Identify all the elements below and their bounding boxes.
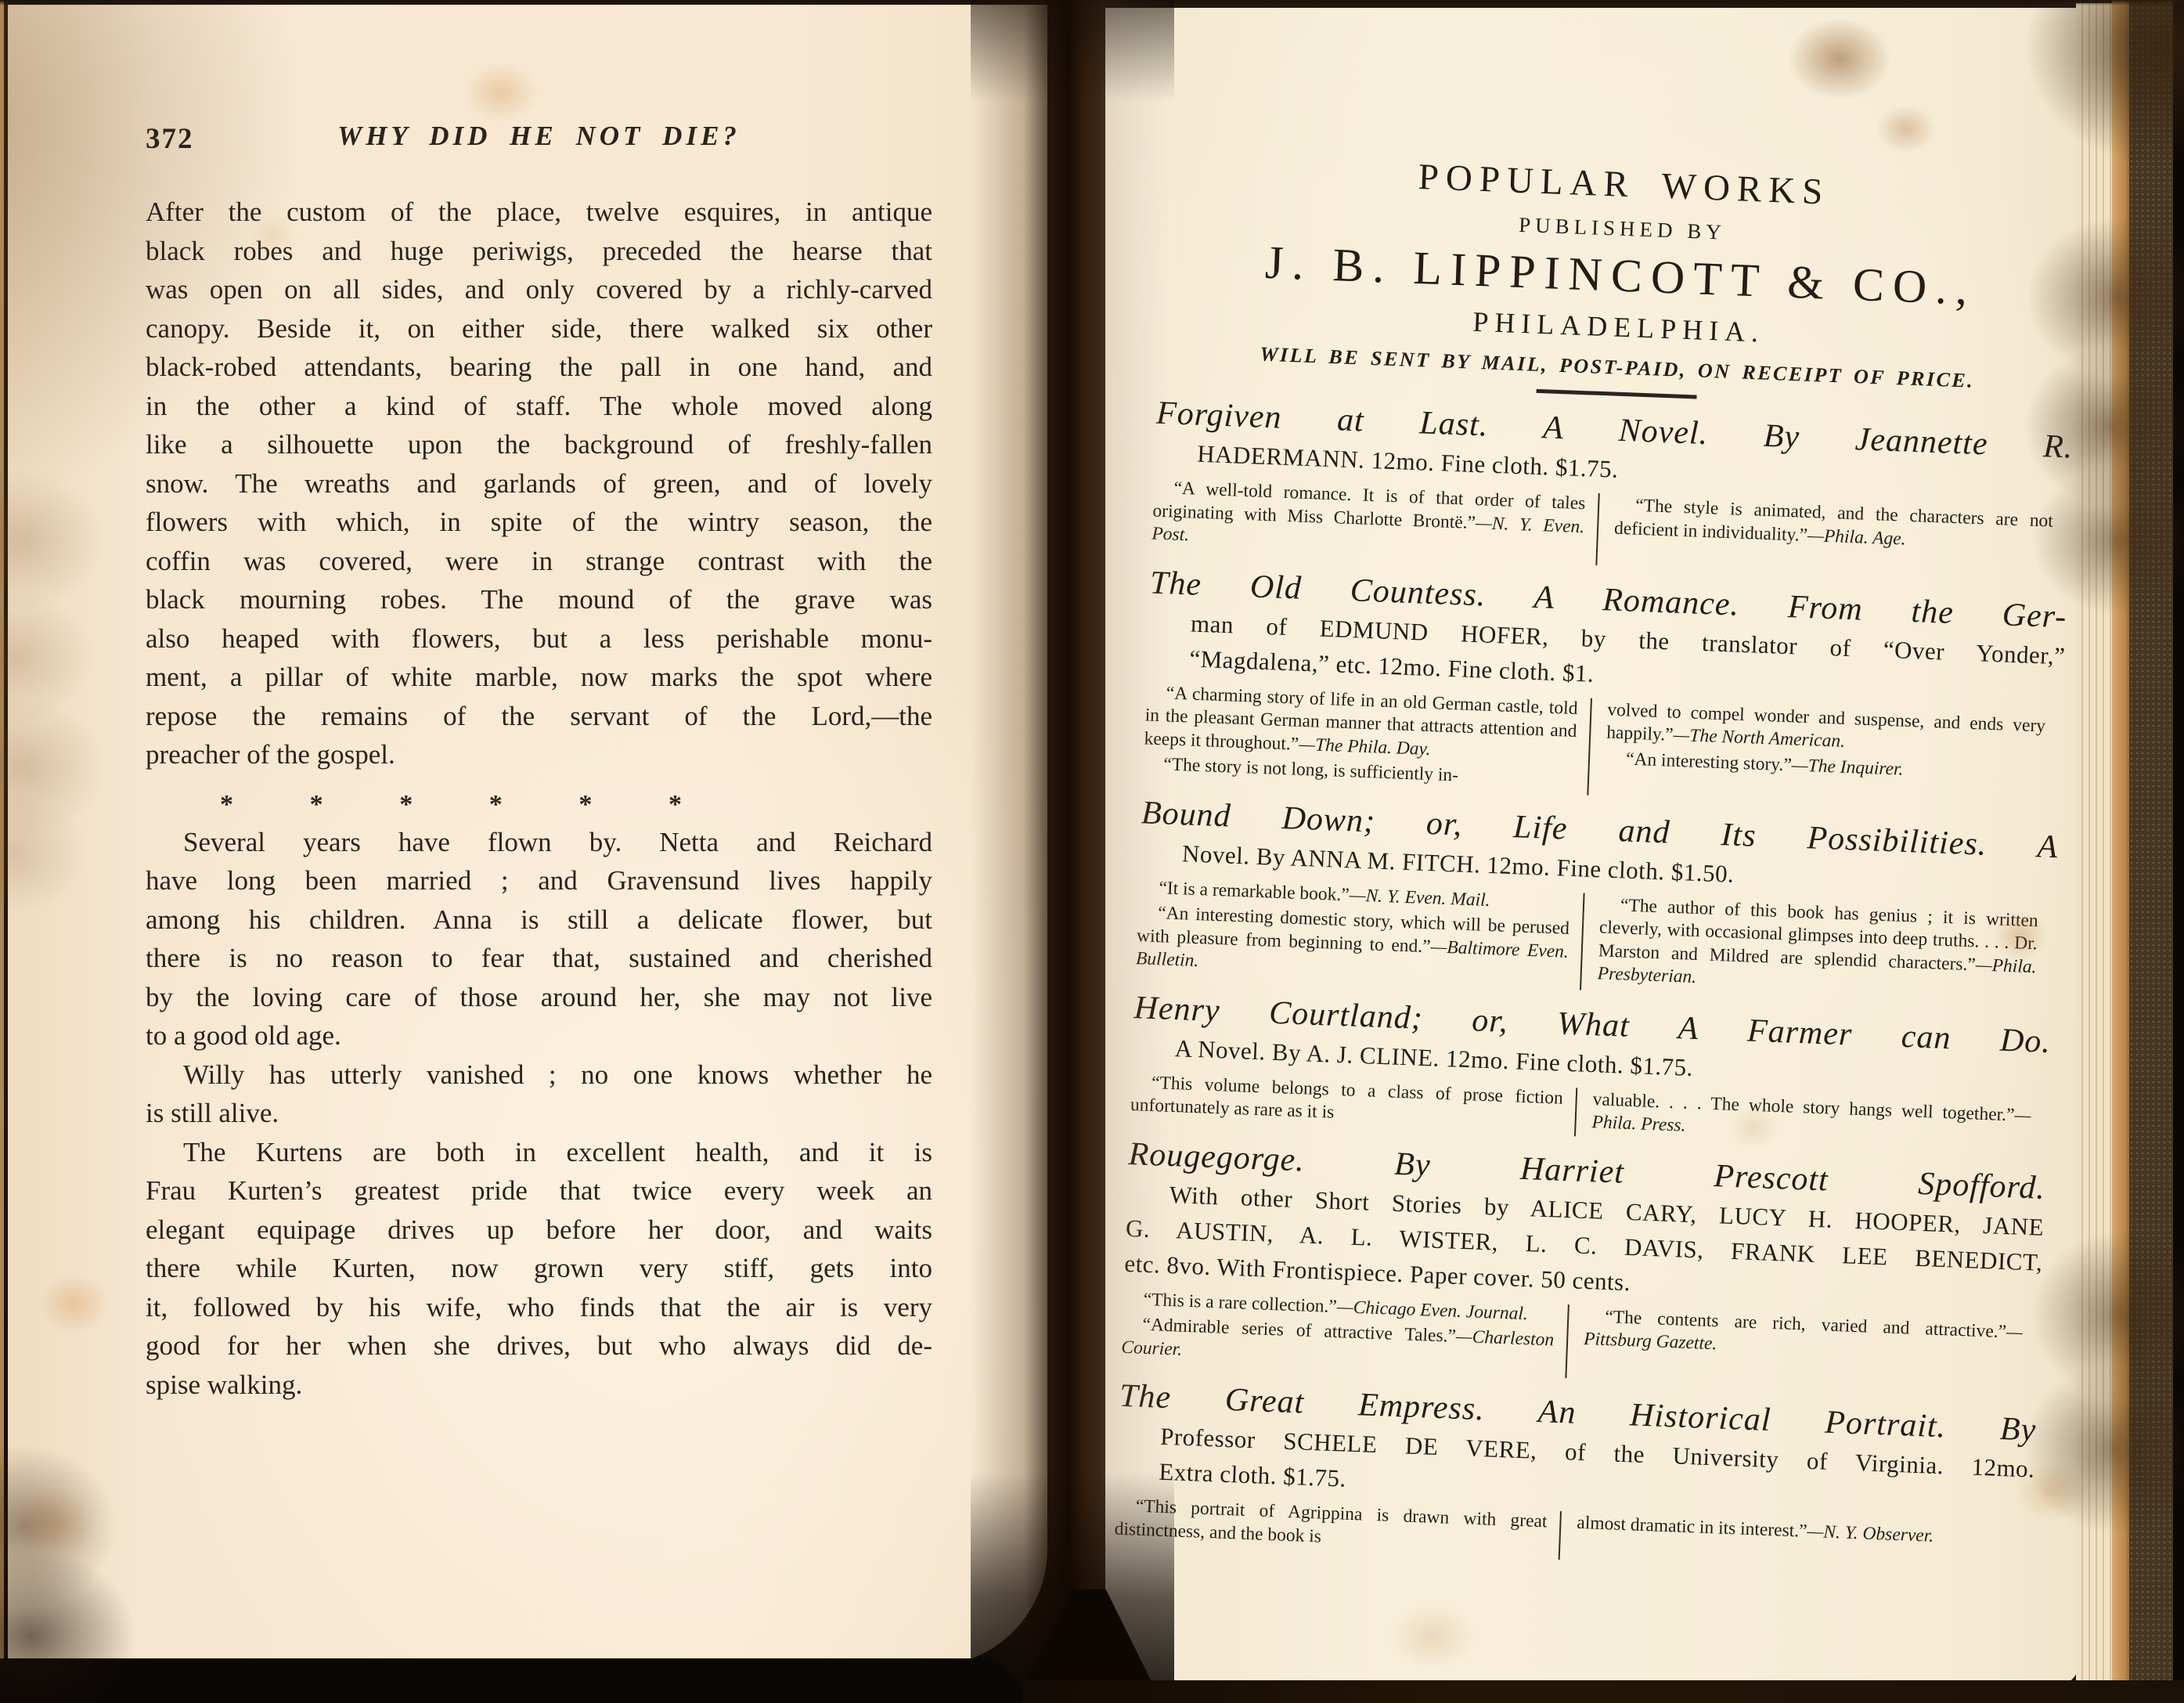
catalog-entries: Forgiven at Last. A Novel. By Jeannette …: [1114, 392, 2074, 1578]
quote-column-right: almost dramatic in its interest.”—N. Y. …: [1559, 1511, 2016, 1577]
quote-column-right: “The style is animated, and the characte…: [1595, 493, 2053, 582]
body-line: like a silhouette upon the background of…: [146, 425, 932, 464]
quote-source: —The Inquirer.: [1791, 755, 1904, 779]
quote-source: —The North American.: [1673, 725, 1845, 752]
body-line: repose the remains of the servant of the…: [146, 697, 932, 736]
review-quote: “A well-told romance. It is of that orde…: [1151, 477, 1586, 562]
quote-source: —N. Y. Even. Post.: [1151, 513, 1585, 546]
review-quote: “A charming story of life in an old Germ…: [1144, 681, 1578, 767]
body-line: The Kurtens are both in excellent health…: [146, 1133, 932, 1172]
body-line: black mourning robes. The mound of the g…: [146, 580, 932, 619]
body-line: there while Kurten, now grown very stiff…: [146, 1249, 932, 1288]
review-quote: “This volume belongs to a class of prose…: [1130, 1071, 1563, 1134]
body-line: to a good old age.: [146, 1016, 932, 1055]
asterisk: *: [220, 790, 233, 820]
quote-source: —Charleston Courier.: [1121, 1326, 1555, 1359]
catalog-entry: Rougegorge. By Harriet Prescott Spofford…: [1121, 1132, 2046, 1395]
asterisk: *: [669, 790, 682, 820]
body-line: spise walking.: [146, 1366, 932, 1405]
gutter-end-shadows: [971, 0, 1174, 1703]
catalog-entry: Bound Down; or, Life and Its Possibiliti…: [1135, 792, 2059, 1008]
quote-column-right: “The contents are rich, varied and attra…: [1565, 1304, 2023, 1395]
right-page: POPULAR WORKS PUBLISHED BY J. B. LIPPINC…: [1105, 8, 2078, 1685]
body-line: in the other a kind of staff. The whole …: [146, 387, 932, 426]
review-quote: “The author of this book has genius ; it…: [1597, 893, 2038, 1002]
quote-source: —Pittsburg Gazette.: [1584, 1322, 2024, 1355]
left-page-edge-line: [4, 0, 8, 1672]
body-paragraph: The Kurtens are both in excellent health…: [146, 1133, 932, 1405]
body-line: Willy has utterly vanished ; no one know…: [146, 1055, 932, 1095]
left-page: 372 WHY DID HE NOT DIE? After the custom…: [6, 5, 1047, 1666]
catalog-entry: Forgiven at Last. A Novel. By Jeannette …: [1151, 392, 2074, 583]
quote-column-left: “This portrait of Agrippina is drawn wit…: [1114, 1495, 1548, 1560]
review-quote: “This portrait of Agrippina is drawn wit…: [1114, 1495, 1548, 1557]
body-paragraph: After the custom of the place, twelve es…: [146, 193, 932, 774]
quote-source: —The Phila. Day.: [1299, 734, 1431, 759]
catalog-entry: Henry Courtland; or, What A Farmer can D…: [1130, 987, 2052, 1154]
quote-source: —Phila. Press.: [1591, 1105, 2031, 1136]
catalog-entry: The Great Empress. An Historical Portrai…: [1114, 1375, 2037, 1578]
header-rule: [1536, 389, 1696, 399]
quote-column-right: “The author of this book has genius ; it…: [1580, 893, 2038, 1007]
body-line: snow. The wreaths and garlands of green,…: [146, 464, 932, 503]
open-book-photo: 372 WHY DID HE NOT DIE? After the custom…: [0, 0, 2184, 1703]
review-quote: “The contents are rich, varied and attra…: [1584, 1304, 2024, 1367]
quote-column-left: “This volume belongs to a class of prose…: [1130, 1071, 1563, 1136]
body-line: Frau Kurten’s greatest pride that twice …: [146, 1171, 932, 1211]
body-line: good for her when she drives, but who al…: [146, 1326, 932, 1366]
publisher-catalog: POPULAR WORKS PUBLISHED BY J. B. LIPPINC…: [1114, 146, 2078, 1578]
body-line: Several years have flown by. Netta and R…: [146, 823, 932, 862]
quote-column-left: “This is a rare collection.”—Chicago Eve…: [1121, 1287, 1555, 1377]
quote-column-left: “It is a remarkable book.”—N. Y. Even. M…: [1135, 876, 1570, 990]
body-line: by the loving care of those around her, …: [146, 978, 932, 1017]
body-line: coffin was covered, were in strange cont…: [146, 542, 932, 581]
body-line: canopy. Beside it, on either side, there…: [146, 309, 932, 348]
catalog-entry: The Old Countess. A Romance. From the Ge…: [1143, 561, 2068, 813]
body-line: flowers with which, in spite of the wint…: [146, 503, 932, 542]
quote-column-right: volved to compel wonder and suspense, an…: [1587, 698, 2045, 812]
quote-source: —Phila. Age.: [1807, 525, 1906, 549]
asterisk: *: [578, 790, 592, 820]
body-line: it, followed by his wife, who finds that…: [146, 1288, 932, 1327]
body-line: black-robed attendants, bearing the pall…: [146, 348, 932, 387]
section-separator: ******: [220, 785, 682, 815]
body-line: After the custom of the place, twelve es…: [146, 193, 932, 232]
body-line: was open on all sides, and only covered …: [146, 270, 932, 309]
asterisk: *: [310, 790, 323, 820]
body-line: have long been married ; and Gravensund …: [146, 861, 932, 900]
body-line: also heaped with flowers, but a less per…: [146, 619, 932, 658]
body-paragraph: Willy has utterly vanished ; no one know…: [146, 1055, 932, 1133]
body-text: After the custom of the place, twelve es…: [146, 193, 932, 1404]
body-line: elegant equipage drives up before her do…: [146, 1211, 932, 1250]
quote-column-left: “A well-told romance. It is of that orde…: [1151, 477, 1586, 565]
asterisk: *: [489, 790, 503, 820]
quote-source: —N. Y. Observer.: [1807, 1521, 1934, 1546]
running-title: WHY DID HE NOT DIE?: [146, 121, 932, 152]
body-line: is still alive.: [146, 1094, 932, 1133]
review-quote: “The style is animated, and the characte…: [1614, 494, 2054, 557]
review-quote: “An interesting domestic story, which wi…: [1135, 901, 1570, 987]
bottom-edge-right: [1022, 1680, 2184, 1703]
quote-column-right: valuable. . . . The whole story hangs we…: [1574, 1088, 2031, 1153]
running-head: 372 WHY DID HE NOT DIE?: [146, 116, 932, 163]
bottom-edge-left: [0, 1658, 1022, 1703]
body-paragraph: Several years have flown by. Netta and R…: [146, 823, 932, 1055]
body-line: ment, a pillar of white marble, now mark…: [146, 658, 932, 697]
body-line: black robes and huge periwigs, preceded …: [146, 232, 932, 271]
review-quote: valuable. . . . The whole story hangs we…: [1591, 1088, 2031, 1151]
quote-source: —Baltimore Even. Bulletin.: [1136, 936, 1570, 971]
book-cover-right: [2129, 0, 2175, 1703]
book-cover-edge: [2173, 0, 2184, 1703]
page-edge-stack: [2076, 3, 2115, 1688]
asterisk: *: [399, 790, 413, 820]
body-line: among his children. Anna is still a deli…: [146, 900, 932, 940]
quote-source: —N. Y. Even. Mail.: [1349, 885, 1490, 911]
left-page-content: 372 WHY DID HE NOT DIE? After the custom…: [146, 116, 932, 1404]
body-line: preacher of the gospel.: [146, 735, 932, 774]
quote-column-left: “A charming story of life in an old Germ…: [1143, 681, 1578, 795]
body-line: there is no reason to fear that, sustain…: [146, 939, 932, 978]
quote-source: —Phila. Presbyterian.: [1597, 954, 2037, 987]
quote-source: —Chicago Even. Journal.: [1336, 1297, 1528, 1324]
